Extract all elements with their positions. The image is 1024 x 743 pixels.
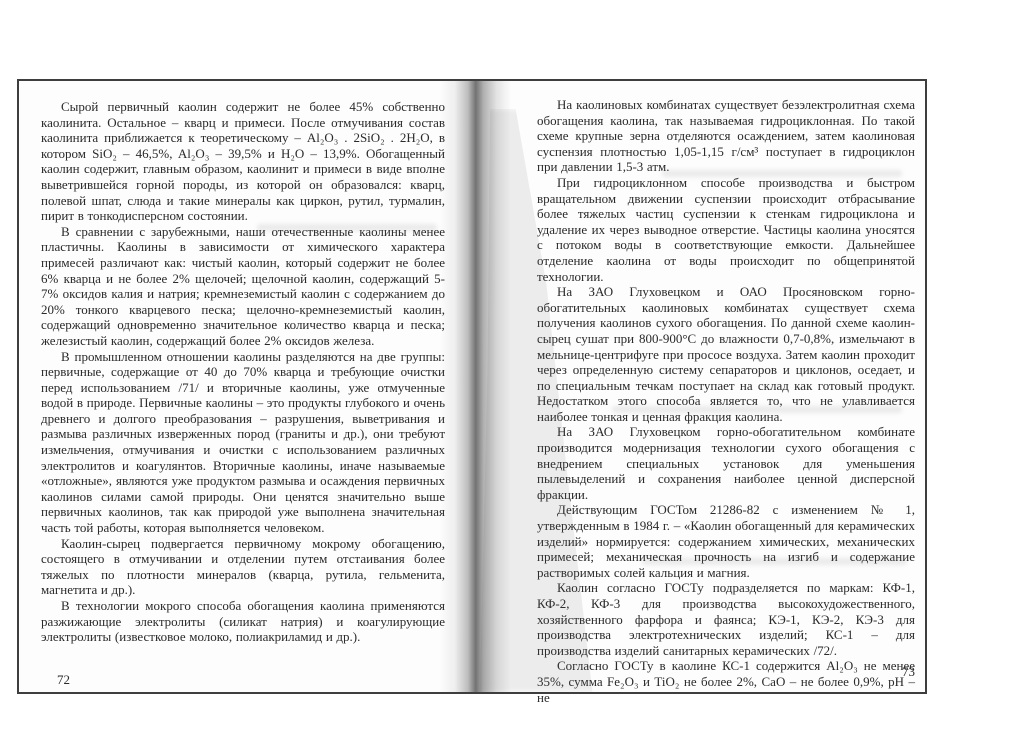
paragraph: В сравнении с зарубежными, наши отечеств… xyxy=(41,224,445,349)
scanned-document-background: Сырой первичный каолин содержит не более… xyxy=(0,0,1024,743)
paragraph: На каолиновых комбинатах существует безэ… xyxy=(537,97,915,175)
left-page-text-block: Сырой первичный каолин содержит не более… xyxy=(41,99,445,645)
paragraph: В промышленном отношении каолины разделя… xyxy=(41,349,445,536)
book-gutter-shadow xyxy=(439,81,511,692)
paragraph: Каолин согласно ГОСТу подразделяется по … xyxy=(537,580,915,658)
paragraph: Действующим ГОСТом 21286-82 с изменением… xyxy=(537,502,915,580)
right-page-number: 73 xyxy=(537,665,915,679)
paragraph: Каолин-сырец подвергается первичному мок… xyxy=(41,536,445,598)
paragraph: На ЗАО Глуховецком и ОАО Просяновском го… xyxy=(537,284,915,424)
paragraph: При гидроциклонном способе производства … xyxy=(537,175,915,284)
left-page-number: 72 xyxy=(57,673,70,687)
paragraph: На ЗАО Глуховецком горно-обогатительном … xyxy=(537,424,915,502)
right-page-text-block: На каолиновых комбинатах существует безэ… xyxy=(537,97,915,705)
paragraph: Сырой первичный каолин содержит не более… xyxy=(41,99,445,224)
paragraph: В технологии мокрого способа обогащения … xyxy=(41,598,445,645)
book-scan-frame: Сырой первичный каолин содержит не более… xyxy=(17,79,927,694)
